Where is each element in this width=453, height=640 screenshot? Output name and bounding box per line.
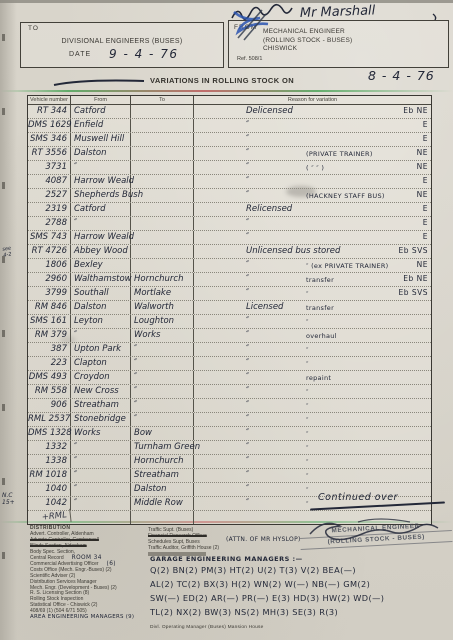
- reason-cell: ″ ″: [194, 399, 431, 412]
- to-garage: Loughton: [131, 315, 194, 328]
- table-row: 3731 ″ ″ ( ″ ″ ) NE: [28, 161, 431, 175]
- from-garage: Stonebridge: [71, 413, 131, 426]
- vehicle-number: RML 2537: [28, 413, 71, 426]
- from-garage: Clapton: [71, 357, 131, 370]
- vehicle-number: DMS 1328: [28, 427, 71, 440]
- to-garage: [131, 259, 194, 272]
- title-hand-dash: [52, 76, 147, 88]
- from-garage: Upton Park: [71, 343, 131, 356]
- licence-code: E: [423, 176, 428, 185]
- reason-note: transfer: [306, 302, 334, 314]
- reason-note: repaint: [306, 372, 331, 384]
- reason-note: ″: [306, 456, 309, 468]
- reason-note: ″ (ex PRIVATE TRAINER): [306, 260, 389, 272]
- table-row: 1338 ″ Hornchurch ″ ″: [28, 455, 431, 469]
- garage-code-line: AL(2) TC(2) BX(3) H(2) WN(2) W(—) NB(—) …: [150, 579, 370, 589]
- reason-text: ″: [246, 343, 249, 356]
- licence-code: E: [423, 232, 428, 241]
- licence-code: Eb NE: [403, 106, 428, 115]
- table-row: RT 3556 Dalston ″ (PRIVATE TRAINER) NE: [28, 147, 431, 161]
- table-row: RM 1018 ″ Streatham ″ ″: [28, 469, 431, 483]
- reason-cell: ″ ″: [194, 413, 431, 426]
- vehicle-number: SMS 346: [28, 133, 71, 146]
- to-garage: Walworth: [131, 301, 194, 314]
- reason-cell: ″ (HACKNEY STAFF BUS) NE: [194, 189, 431, 202]
- reason-text: ″: [246, 147, 249, 160]
- to-garage: Streatham: [131, 469, 194, 482]
- table-row: 387 Upton Park ″ ″ ″: [28, 343, 431, 357]
- page-title: VARIATIONS IN ROLLING STOCK ON: [150, 76, 294, 85]
- from-garage: ″: [71, 217, 131, 230]
- table-header-row: Vehicle number From To Reason for variat…: [28, 96, 431, 105]
- reason-cell: Licensed transfer: [194, 301, 431, 314]
- table-row: 4087 Harrow Weald ″ E: [28, 175, 431, 189]
- from-garage: ″: [71, 455, 131, 468]
- table-row: RM 846 Dalston Walworth Licensed transfe…: [28, 301, 431, 315]
- to-garage: [131, 147, 194, 160]
- reason-note: ( ″ ″ ): [306, 162, 324, 174]
- reason-cell: ″ ″: [194, 385, 431, 398]
- to-garage: [131, 231, 194, 244]
- to-label: TO: [28, 25, 39, 32]
- reason-cell: ″ ( ″ ″ ) NE: [194, 161, 431, 174]
- vehicle-number: DMS 1629: [28, 119, 71, 132]
- reason-note: (PRIVATE TRAINER): [306, 148, 373, 160]
- table-row: RM 558 New Cross ″ ″ ″: [28, 385, 431, 399]
- reason-text: ″: [246, 119, 249, 132]
- reason-cell: ″ (PRIVATE TRAINER) NE: [194, 147, 431, 160]
- vehicle-number: 2527: [28, 189, 71, 202]
- reason-text: ″: [246, 357, 249, 370]
- licence-code: Eb SVS: [398, 246, 428, 255]
- reason-note: ″: [306, 428, 309, 440]
- reason-cell: ″ E: [194, 133, 431, 146]
- to-garage: [131, 175, 194, 188]
- scan-edge-mark: [2, 552, 5, 559]
- from-garage: Shepherds Bush: [71, 189, 131, 202]
- reason-note: ″: [306, 344, 309, 356]
- vehicle-number: RM 558: [28, 385, 71, 398]
- from-garage: Harrow Weald: [71, 231, 131, 244]
- reason-note: ″: [306, 358, 309, 370]
- date-value-handwritten: 9 - 4 - 76: [109, 47, 178, 61]
- reason-text: ″: [246, 441, 249, 454]
- vehicle-number: SMS 743: [28, 231, 71, 244]
- from-garage: Bexley: [71, 259, 131, 272]
- vehicle-number: 1338: [28, 455, 71, 468]
- reason-cell: ″ E: [194, 231, 431, 244]
- reference-number: Ref. 508/1: [237, 56, 262, 62]
- reason-note: ″: [306, 470, 309, 482]
- to-garage: Bow: [131, 427, 194, 440]
- table-row: DMS 493 Croydon ″ ″ repaint: [28, 371, 431, 385]
- reason-note: ″: [306, 316, 309, 328]
- reason-cell: ″ ″: [194, 427, 431, 440]
- licence-code: E: [423, 218, 428, 227]
- licence-code: E: [423, 134, 428, 143]
- reason-text: ″: [246, 161, 249, 174]
- divisional-engineers-title: DIVISIONAL ENGINEERS (BUSES): [21, 38, 223, 45]
- from-garage: Catford: [71, 105, 131, 118]
- reason-note: ″: [306, 400, 309, 412]
- to-garage: [131, 245, 194, 258]
- licence-code: E: [423, 204, 428, 213]
- garage-code-line: Q(2) BN(2) PM(3) HT(2) U(2) T(3) V(2) BE…: [150, 565, 356, 575]
- date-label: DATE: [69, 51, 91, 58]
- distribution-item: AREA ENGINEERING MANAGERS (9): [30, 615, 148, 621]
- reason-cell: ″ ″: [194, 343, 431, 356]
- to-garage: ″: [131, 399, 194, 412]
- from-garage: New Cross: [71, 385, 131, 398]
- vehicle-number: RT 4726: [28, 245, 71, 258]
- vehicle-number: RM 846: [28, 301, 71, 314]
- from-garage: Catford: [71, 203, 131, 216]
- reason-cell: ″ E: [194, 119, 431, 132]
- reason-text: ″: [246, 189, 249, 202]
- vehicle-number: 1040: [28, 483, 71, 496]
- from-garage: Dalston: [71, 301, 131, 314]
- table-row: 3799 Southall Mortlake ″ ″ Eb SVS: [28, 287, 431, 301]
- to-garage: Hornchurch: [131, 455, 194, 468]
- attn-hyslop-note: (ATTN. OF MR HYSLOP): [226, 536, 301, 543]
- reason-text: Delicensed: [246, 105, 293, 118]
- licence-code: E: [423, 120, 428, 129]
- vehicle-number: RM 1018: [28, 469, 71, 482]
- scan-edge-mark: [2, 182, 5, 189]
- table-row: 2319 Catford Relicensed E: [28, 203, 431, 217]
- from-garage: ″: [71, 441, 131, 454]
- licence-code: NE: [417, 190, 428, 199]
- scan-edge-mark: [2, 108, 5, 115]
- scan-artifact-line-top: [0, 90, 453, 92]
- continued-over-note: Continued over: [318, 492, 398, 503]
- from-garage: Harrow Weald: [71, 175, 131, 188]
- approval-signature-scrawl: [300, 508, 450, 548]
- reason-note: transfer: [306, 274, 334, 286]
- reason-note: ″: [306, 414, 309, 426]
- reason-text: ″: [246, 385, 249, 398]
- from-garage: Works: [71, 427, 131, 440]
- page-title-date-handwritten: 8 - 4 - 76: [368, 68, 435, 83]
- reason-cell: ″ repaint: [194, 371, 431, 384]
- vehicle-number: RM 379: [28, 329, 71, 342]
- from-garage: [71, 511, 131, 524]
- reason-text: ″: [246, 175, 249, 188]
- table-row: 223 Clapton ″ ″ ″: [28, 357, 431, 371]
- reason-cell: ″ ″: [194, 357, 431, 370]
- vehicle-number: 1806: [28, 259, 71, 272]
- reason-text: ″: [246, 469, 249, 482]
- to-garage: ″: [131, 385, 194, 398]
- vehicle-number: +RML: [27, 509, 71, 526]
- scan-edge-mark: [2, 256, 5, 263]
- reason-text: ″: [246, 413, 249, 426]
- reason-text: ″: [246, 133, 249, 146]
- reason-text: ″: [246, 497, 249, 510]
- to-garage: [131, 189, 194, 202]
- blue-marker-scribble: [228, 4, 298, 49]
- vehicle-number: SMS 161: [28, 315, 71, 328]
- table-row: SMS 743 Harrow Weald ″ E: [28, 231, 431, 245]
- from-garage: Leyton: [71, 315, 131, 328]
- licence-code: Eb SVS: [398, 288, 428, 297]
- table-row: SMS 346 Muswell Hill ″ E: [28, 133, 431, 147]
- table-row: 1332 ″ Turnham Green ″ ″: [28, 441, 431, 455]
- table-row: DMS 1328 Works Bow ″ ″: [28, 427, 431, 441]
- vehicle-number: RT 344: [28, 105, 71, 118]
- reason-cell: ″ ″ Eb SVS: [194, 287, 431, 300]
- reason-cell: ″ ″: [194, 469, 431, 482]
- vehicle-number: 906: [28, 399, 71, 412]
- table-row: 2527 Shepherds Bush ″ (HACKNEY STAFF BUS…: [28, 189, 431, 203]
- reason-cell: ″ ″: [194, 455, 431, 468]
- reason-note: ″: [306, 442, 309, 454]
- svg-text:Mr Marshall: Mr Marshall: [300, 3, 376, 21]
- reason-cell: ″ transfer Eb NE: [194, 273, 431, 286]
- margin-note-nc: N.C 15+: [2, 493, 15, 506]
- table-row: RT 344 Catford Delicensed Eb NE: [28, 105, 431, 119]
- from-garage: Dalston: [71, 147, 131, 160]
- vehicle-number: 2960: [28, 273, 71, 286]
- to-garage: ″: [131, 357, 194, 370]
- rolling-stock-table: Vehicle number From To Reason for variat…: [27, 95, 432, 525]
- to-garage: [131, 119, 194, 132]
- from-garage: Muswell Hill: [71, 133, 131, 146]
- vehicle-number: 223: [28, 357, 71, 370]
- to-garage: ″: [131, 343, 194, 356]
- table-row: SMS 161 Leyton Loughton ″ ″: [28, 315, 431, 329]
- scan-edge-mark: [2, 330, 5, 337]
- to-garage: [131, 511, 194, 524]
- licence-code: Eb NE: [403, 274, 428, 283]
- reason-cell: ″ ″: [194, 441, 431, 454]
- to-garage: Dalston: [131, 483, 194, 496]
- reason-cell: ″ ″ (ex PRIVATE TRAINER) NE: [194, 259, 431, 272]
- garage-code-line: SW(—) ED(2) AR(—) PR(—) E(3) HD(3) HW(2)…: [150, 593, 384, 603]
- licence-code: NE: [417, 148, 428, 157]
- vehicle-number: 2788: [28, 217, 71, 230]
- reason-text: ″: [246, 217, 249, 230]
- reason-cell: Unlicensed bus stored Eb SVS: [194, 245, 431, 258]
- vehicle-number: 3799: [28, 287, 71, 300]
- scan-edge-mark: [2, 34, 5, 41]
- col-header-reason: Reason for variation: [194, 96, 431, 104]
- vehicle-number: 387: [28, 343, 71, 356]
- table-body: RT 344 Catford Delicensed Eb NE DMS 1629…: [28, 105, 431, 524]
- distribution-item: Traffic Auditor, Griffith House (2): [148, 545, 278, 551]
- distribution-left-column: Advert. Controller, AldenhamAdverts Cont…: [30, 532, 148, 621]
- reason-cell: ″ E: [194, 217, 431, 230]
- table-row: 1806 Bexley ″ ″ (ex PRIVATE TRAINER) NE: [28, 259, 431, 273]
- col-header-from: From: [71, 96, 131, 104]
- reason-note: ″: [306, 288, 309, 300]
- reason-text: ″: [246, 455, 249, 468]
- table-row: DMS 1629 Enfield ″ E: [28, 119, 431, 133]
- reason-cell: ″ ″: [194, 315, 431, 328]
- from-garage: Croydon: [71, 371, 131, 384]
- reason-cell: Delicensed Eb NE: [194, 105, 431, 118]
- to-address-box: TO DIVISIONAL ENGINEERS (BUSES) DATE 9 -…: [20, 22, 224, 68]
- vehicle-number: 1332: [28, 441, 71, 454]
- reason-note: ″: [306, 386, 309, 398]
- col-header-vehicle-number: Vehicle number: [28, 96, 71, 104]
- col-header-to: To: [131, 96, 194, 104]
- reason-text: Relicensed: [246, 203, 292, 216]
- to-garage: [131, 203, 194, 216]
- vehicle-number: 3731: [28, 161, 71, 174]
- licence-code: NE: [417, 162, 428, 171]
- table-row: 906 Streatham ″ ″ ″: [28, 399, 431, 413]
- reason-text: ″: [246, 315, 249, 328]
- reason-text: ″: [246, 371, 249, 384]
- to-garage: Works: [131, 329, 194, 342]
- table-row: 2788 ″ ″ E: [28, 217, 431, 231]
- vehicle-number: DMS 493: [28, 371, 71, 384]
- reason-note: ″: [306, 484, 309, 496]
- from-garage: Streatham: [71, 399, 131, 412]
- reason-text: ″: [246, 231, 249, 244]
- to-garage: Middle Row: [131, 497, 194, 510]
- reason-note: (HACKNEY STAFF BUS): [306, 190, 385, 202]
- scan-edge-mark: [2, 404, 5, 411]
- vehicle-number: 1042: [28, 497, 71, 510]
- from-garage: ″: [71, 483, 131, 496]
- garage-managers-heading: GARAGE ENGINEERING MANAGERS :—: [150, 555, 303, 563]
- vehicle-number: 2319: [28, 203, 71, 216]
- to-garage: ″: [131, 371, 194, 384]
- reason-text: Licensed: [246, 301, 283, 314]
- table-row: RT 4726 Abbey Wood Unlicensed bus stored…: [28, 245, 431, 259]
- reason-text: ″: [246, 399, 249, 412]
- table-row: 2960 Walthamstow Hornchurch ″ transfer E…: [28, 273, 431, 287]
- to-garage: [131, 133, 194, 146]
- reason-text: ″: [246, 273, 249, 286]
- reason-text: ″: [246, 329, 249, 342]
- reason-text: Unlicensed bus stored: [246, 245, 340, 258]
- reason-text: ″: [246, 287, 249, 300]
- reason-cell: ″ overhaul: [194, 329, 431, 342]
- reason-text: ″: [246, 483, 249, 496]
- reason-cell: Relicensed E: [194, 203, 431, 216]
- from-garage: Abbey Wood: [71, 245, 131, 258]
- to-garage: [131, 161, 194, 174]
- garage-code-line: TL(2) NX(2) BW(3) NS(2) MH(3) SE(3) R(3): [150, 607, 338, 617]
- reason-text: ″: [246, 427, 249, 440]
- table-row: RM 379 ″ Works ″ overhaul: [28, 329, 431, 343]
- from-garage: Enfield: [71, 119, 131, 132]
- to-garage: Hornchurch: [131, 273, 194, 286]
- reason-cell: ″ E: [194, 175, 431, 188]
- from-garage: ″: [71, 329, 131, 342]
- reason-note: overhaul: [306, 330, 337, 342]
- to-garage: ″: [131, 413, 194, 426]
- to-garage: Turnham Green: [131, 441, 194, 454]
- divisional-operating-manager-note: Divl. Operating Manager (Buses) Mansion …: [150, 625, 264, 630]
- to-garage: Mortlake: [131, 287, 194, 300]
- vehicle-number: 4087: [28, 175, 71, 188]
- from-garage: Southall: [71, 287, 131, 300]
- table-row: RML 2537 Stonebridge ″ ″ ″: [28, 413, 431, 427]
- reason-text: ″: [246, 259, 249, 272]
- scan-edge-mark: [2, 478, 5, 485]
- from-garage: ″: [71, 469, 131, 482]
- scan-left-edge: [0, 0, 17, 640]
- from-garage: Walthamstow: [71, 273, 131, 286]
- licence-code: NE: [417, 260, 428, 269]
- distribution-list: DISTRIBUTION Advert. Controller, Aldenha…: [30, 526, 148, 621]
- from-garage: ″: [71, 497, 131, 510]
- to-garage: [131, 217, 194, 230]
- from-garage: ″: [71, 161, 131, 174]
- to-garage: [131, 105, 194, 118]
- vehicle-number: RT 3556: [28, 147, 71, 160]
